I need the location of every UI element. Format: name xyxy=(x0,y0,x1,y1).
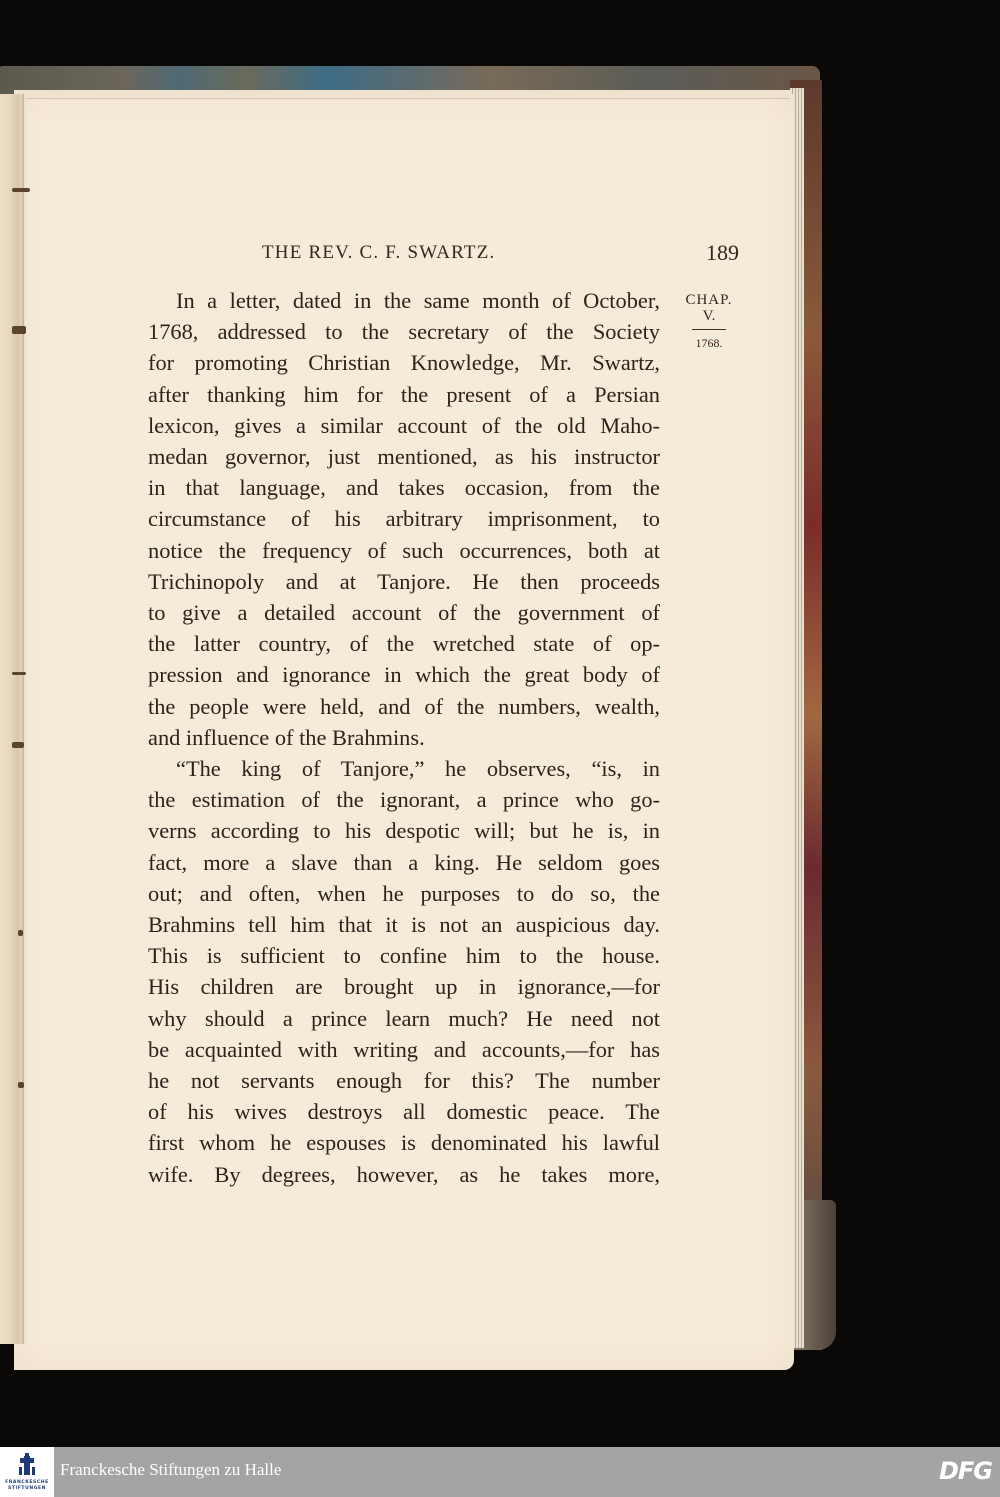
text-line: the people were held, and of the numbers… xyxy=(148,691,660,722)
text-line: after thanking him for the present of a … xyxy=(148,379,660,410)
margin-note: CHAP. V. 1768. xyxy=(676,292,742,351)
text-line: first whom he espouses is denominated hi… xyxy=(148,1127,660,1158)
page-number: 189 xyxy=(706,240,739,266)
binding-stitch xyxy=(12,742,24,748)
text-line: the estimation of the ignorant, a prince… xyxy=(148,784,660,815)
text-line: “The king of Tanjore,” he observes, “is,… xyxy=(148,753,660,784)
text-line: he not servants enough for this? The num… xyxy=(148,1065,660,1096)
body-text: In a letter, dated in the same month of … xyxy=(148,285,660,1190)
text-line: circumstance of his arbitrary imprisonme… xyxy=(148,503,660,534)
text-line: be acquainted with writing and accounts,… xyxy=(148,1034,660,1065)
text-line: the latter country, of the wretched stat… xyxy=(148,628,660,659)
franckesche-logo-icon xyxy=(18,1453,36,1475)
text-line: lexicon, gives a similar account of the … xyxy=(148,410,660,441)
text-line: why should a prince learn much? He need … xyxy=(148,1003,660,1034)
gutter-fold-line xyxy=(22,94,24,1344)
dfg-logo[interactable]: DFG xyxy=(939,1457,992,1485)
text-line: of his wives destroys all domestic peace… xyxy=(148,1096,660,1127)
text-line: out; and often, when he purposes to do s… xyxy=(148,878,660,909)
binding-stitch xyxy=(12,188,30,192)
institution-name: Franckesche Stiftungen zu Halle xyxy=(60,1460,281,1480)
margin-rule xyxy=(692,329,726,330)
text-line: notice the frequency of such occurrences… xyxy=(148,535,660,566)
binding-stitch xyxy=(18,1082,24,1088)
chapter-label: CHAP. xyxy=(676,292,742,309)
text-line: In a letter, dated in the same month of … xyxy=(148,285,660,316)
binding-stitch xyxy=(12,672,26,675)
text-line: for promoting Christian Knowledge, Mr. S… xyxy=(148,347,660,378)
binding-stitch xyxy=(12,326,26,334)
binding-stitch xyxy=(18,930,23,936)
text-line: in that language, and takes occasion, fr… xyxy=(148,472,660,503)
page-top-edge xyxy=(14,90,790,99)
footer-bar: FRANCKESCHE STIFTUNGEN Franckesche Stift… xyxy=(0,1447,1000,1497)
text-line: pression and ignorance in which the grea… xyxy=(148,659,660,690)
text-line: and influence of the Brahmins. xyxy=(148,722,660,753)
margin-year: 1768. xyxy=(676,336,742,351)
text-line: 1768, addressed to the secretary of the … xyxy=(148,316,660,347)
paragraph-2: “The king of Tanjore,” he observes, “is,… xyxy=(148,753,660,1190)
text-line: verns according to his despotic will; bu… xyxy=(148,815,660,846)
paragraph-1: In a letter, dated in the same month of … xyxy=(148,285,660,753)
text-line: medan governor, just mentioned, as his i… xyxy=(148,441,660,472)
logo-text-line2: STIFTUNGEN xyxy=(2,1486,52,1492)
logo-text: FRANCKESCHE STIFTUNGEN xyxy=(2,1480,52,1492)
text-line: fact, more a slave than a king. He seldo… xyxy=(148,847,660,878)
text-line: Brahmins tell him that it is not an ausp… xyxy=(148,909,660,940)
text-line: This is sufficient to confine him to the… xyxy=(148,940,660,971)
text-line: His children are brought up in ignorance… xyxy=(148,971,660,1002)
running-head: THE REV. C. F. SWARTZ. xyxy=(262,242,495,264)
text-line: Trichinopoly and at Tanjore. He then pro… xyxy=(148,566,660,597)
institution-logo[interactable]: FRANCKESCHE STIFTUNGEN xyxy=(0,1447,54,1497)
text-line: wife. By degrees, however, as he takes m… xyxy=(148,1159,660,1190)
text-line: to give a detailed account of the govern… xyxy=(148,597,660,628)
chapter-number: V. xyxy=(676,309,742,323)
